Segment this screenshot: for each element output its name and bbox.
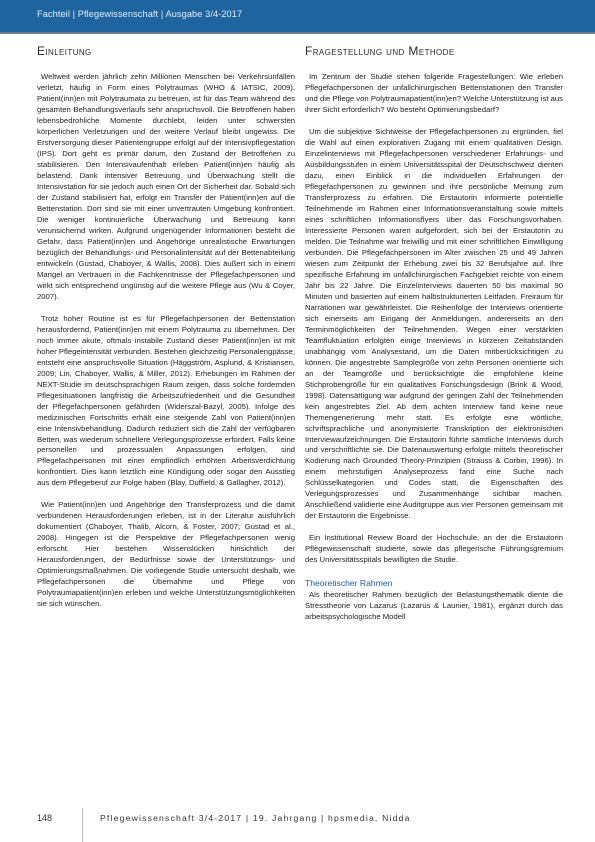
page-number: 148: [37, 813, 52, 823]
subsection-title: Theoretischer Rahmen: [305, 577, 563, 589]
right-column: Fragestellung und Methode Im Zentrum der…: [305, 44, 563, 634]
paragraph: Weltweit werden jährlich zehn Millionen …: [37, 72, 295, 303]
running-header-title: Fachteil | Pflegewissenschaft | Ausgabe …: [37, 9, 242, 19]
section-title-einleitung: Einleitung: [37, 44, 295, 58]
paragraph: Ein Institutional Review Board der Hochs…: [305, 533, 563, 566]
paragraph: Als theoretischer Rahmen bezüglich der B…: [305, 590, 563, 623]
section-title-fragestellung-und-methode: Fragestellung und Methode: [305, 44, 563, 58]
left-column: Einleitung Weltweit werden jährlich zehn…: [37, 44, 295, 621]
paragraph: Trotz hoher Routine ist es für Pflegefac…: [37, 314, 295, 490]
paragraph: Um die subjektive Sichtweise der Pflegef…: [305, 127, 563, 522]
running-header-bar: Fachteil | Pflegewissenschaft | Ausgabe …: [0, 0, 595, 34]
paragraph: Wie Patient(inn)en und Angehörige den Tr…: [37, 500, 295, 610]
paragraph: Im Zentrum der Studie stehen folgende Fr…: [305, 72, 563, 116]
footer-citation: Pflegewissenschaft 3/4-2017 | 19. Jahrga…: [100, 813, 411, 823]
footer-divider: [82, 808, 83, 842]
